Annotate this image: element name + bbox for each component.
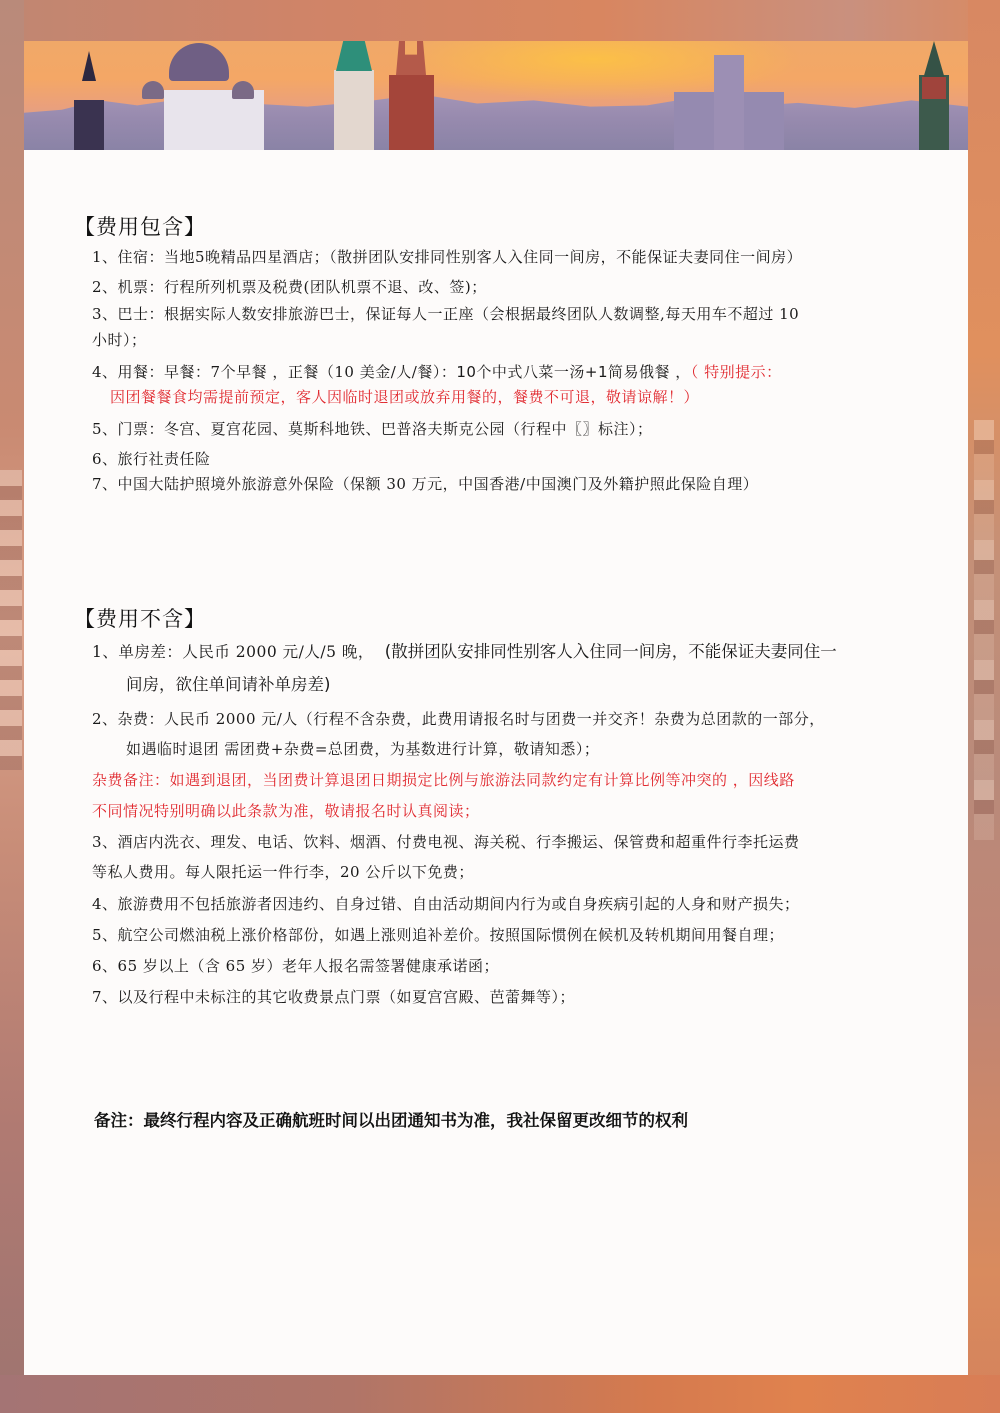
university-tower-icon: [714, 55, 744, 150]
small-dome-icon: [142, 81, 164, 99]
cathedral-dome-icon: [169, 43, 229, 81]
special-notice-label: （ 特别提示：: [691, 363, 782, 381]
church-spire-icon: [82, 51, 96, 81]
included-item-2: 2、机票：行程所列机票及税费(团队机票不退、改、签)；: [92, 276, 487, 297]
single-room-supplement: 1、单房差：人民币 2000 元/人/5 晚，: [92, 643, 374, 661]
excluded-item-3-cont: 等私人费用。每人限托运一件行李，20 公斤以下免费；: [92, 861, 474, 882]
palace-facade-decoration: [974, 420, 994, 840]
red-tower-icon: [389, 75, 434, 150]
misc-fee-remark-cont: 不同情况特别明确以此条款为准，敬请报名时认真阅读；: [92, 800, 480, 821]
meal-text: 4、用餐：早餐：7个早餐 ，正餐（10 美金/人/餐）：: [92, 363, 456, 381]
included-item-4: 4、用餐：早餐：7个早餐 ，正餐（10 美金/人/餐）：10个中式八菜一汤+1简…: [92, 361, 782, 382]
excluded-item-2-cont: 如遇临时退团 需团费+杂费=总团费，为基数进行计算，敬请知悉）；: [126, 738, 599, 759]
kremlin-tower-band: [922, 77, 946, 99]
included-item-5: 5、门票：冬宫、夏宫花园、莫斯科地铁、巴普洛夫斯克公园（行程中〖〗标注）；: [92, 418, 653, 439]
single-room-note: (散拼团队安排同性别客人入住同一间房，不能保证夫妻同住一: [385, 642, 837, 661]
green-roof-icon: [336, 41, 372, 71]
palace-facade-decoration: [0, 470, 22, 770]
background-left: [0, 0, 24, 1413]
included-item-7: 7、中国大陆护照境外旅游意外保险（保额 30 万元，中国香港/中国澳门及外籍护照…: [92, 473, 758, 494]
excluded-item-7: 7、以及行程中未标注的其它收费景点门票（如夏宫宫殿、芭蕾舞等）；: [92, 986, 575, 1007]
small-dome-icon: [232, 81, 254, 99]
background-top: [0, 0, 1000, 41]
background-right: [968, 0, 1000, 1413]
excluded-item-2: 2、杂费：人民币 2000 元/人（行程不含杂费，此费用请报名时与团费一并交齐！…: [92, 708, 825, 729]
excluded-item-6: 6、65 岁以上（含 65 岁）老年人报名需签署健康承诺函；: [92, 955, 499, 976]
green-roof-tower-icon: [334, 70, 374, 150]
excluded-item-3: 3、酒店内洗衣、理发、电话、饮料、烟酒、付费电视、海关税、行李搬运、保管费和超重…: [92, 831, 800, 852]
skyline-banner-image: [24, 41, 968, 150]
included-item-1: 1、住宿：当地5晚精品四星酒店；（散拼团队安排同性别客人入住同一间房，不能保证夫…: [92, 246, 802, 267]
excluded-item-1-cont: 间房，欲住单间请补单房差): [126, 671, 330, 695]
document-panel: 【费用包含】 1、住宿：当地5晚精品四星酒店；（散拼团队安排同性别客人入住同一间…: [24, 41, 968, 1375]
misc-fee-remark: 杂费备注：如遇到退团，当团费计算退团日期损定比例与旅游法同款约定有计算比例等冲突…: [92, 769, 795, 790]
footer-remark: 备注：最终行程内容及正确航班时间以出团通知书为准，我社保留更改细节的权利: [94, 1107, 688, 1131]
background-bottom: [0, 1375, 1000, 1413]
meal-special-notice: 因团餐餐食均需提前预定，客人因临时退团或放弃用餐的，餐费不可退，敬请谅解！）: [110, 386, 699, 407]
excluded-item-4: 4、旅游费用不包括旅游者因违约、自身过错、自由活动期间内行为或自身疾病引起的人身…: [92, 893, 800, 914]
included-item-3-cont: 小时）；: [92, 329, 147, 350]
included-section-title: 【费用包含】: [74, 211, 206, 241]
included-item-6: 6、旅行社责任险: [92, 448, 211, 469]
excluded-item-1: 1、单房差：人民币 2000 元/人/5 晚， (散拼团队安排同性别客人入住同一…: [92, 638, 837, 662]
meal-detail: 10个中式八菜一汤+1简易俄餐 ，: [456, 363, 690, 381]
excluded-item-5: 5、航空公司燃油税上涨价格部份，如遇上涨则追补差价。按照国际惯例在候机及转机期间…: [92, 924, 784, 945]
church-icon: [74, 100, 104, 150]
excluded-section-title: 【费用不含】: [74, 603, 206, 633]
included-item-3: 3、巴士：根据实际人数安排旅游巴士，保证每人一正座（会根据最终团队人数调整,每天…: [92, 303, 799, 324]
cathedral-icon: [164, 90, 264, 150]
kremlin-spire-icon: [923, 41, 945, 79]
